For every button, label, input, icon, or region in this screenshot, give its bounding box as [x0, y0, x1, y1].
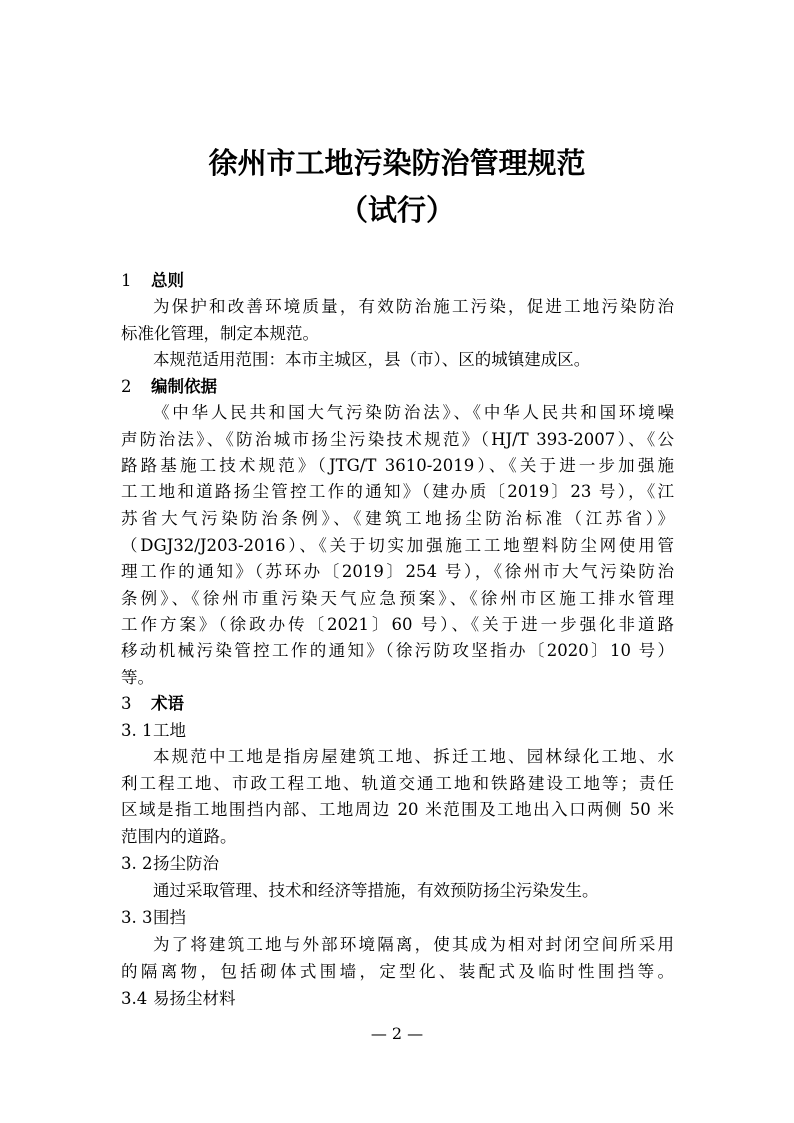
subsection-heading: 3. 2扬尘防治 — [121, 854, 674, 874]
document-subtitle: （试行） — [0, 188, 794, 229]
heading-number: 1 — [121, 271, 151, 291]
paragraph-line: 声防治法》、《防治城市扬尘污染技术规范》（HJ/T 393-2007）、《公 — [121, 430, 674, 450]
heading-number: 3 — [121, 694, 151, 714]
paragraph-line: 的隔离物，包括砌体式围墙，定型化、装配式及临时性围挡等。 — [121, 962, 674, 982]
heading-text: 扬尘防治 — [153, 854, 219, 873]
paragraph-line: 等。 — [121, 668, 674, 688]
paragraph-line: 苏省大气污染防治条例》、《建筑工地扬尘防治标准（江苏省）》 — [121, 509, 674, 529]
heading-number: 3. 2 — [121, 854, 153, 874]
paragraph-line: 移动机械污染管控工作的通知》（徐污防攻坚指办〔2020〕10 号） — [121, 641, 674, 661]
subsection-heading: 3. 3围挡 — [121, 908, 674, 928]
section-heading: 2编制依据 — [121, 377, 674, 397]
paragraph-line: 为保护和改善环境质量，有效防治施工污染，促进工地污染防治 — [153, 297, 674, 317]
section-heading: 3术语 — [121, 694, 674, 714]
heading-text: 总则 — [151, 271, 184, 290]
paragraph-line: 通过采取管理、技术和经济等措施，有效预防扬尘污染发生。 — [153, 881, 674, 901]
heading-text: 工地 — [153, 721, 186, 740]
paragraph-line: （DGJ32/J203-2016）、《关于切实加强施工工地塑料防尘网使用管 — [121, 536, 674, 556]
paragraph-line: 标准化管理，制定本规范。 — [121, 324, 674, 344]
section-heading: 1总则 — [121, 271, 674, 291]
document-title: 徐州市工地污染防治管理规范 — [0, 141, 794, 182]
paragraph-line: 范围内的道路。 — [121, 827, 674, 847]
subsection-heading: 3.4易扬尘材料 — [121, 989, 674, 1009]
heading-text: 编制依据 — [151, 377, 217, 396]
heading-number: 3. 1 — [121, 721, 153, 741]
page-number: — 2 — — [0, 1024, 794, 1043]
heading-text: 围挡 — [153, 908, 186, 927]
paragraph-line: 工工地和道路扬尘管控工作的通知》（建办质〔2019〕23 号），《江 — [121, 482, 674, 502]
paragraph-line: 路路基施工技术规范》（JTG/T 3610-2019）、《关于进一步加强施 — [121, 456, 674, 476]
heading-number: 2 — [121, 377, 151, 397]
paragraph-line: 区域是指工地围挡内部、工地周边 20 米范围及工地出入口两侧 50 米 — [121, 800, 674, 820]
heading-number: 3. 3 — [121, 908, 153, 928]
heading-text: 术语 — [151, 694, 184, 713]
paragraph-line: 工作方案》（徐政办传〔2021〕60 号）、《关于进一步强化非道路 — [121, 615, 674, 635]
paragraph-line: 本规范适用范围：本市主城区，县（市）、区的城镇建成区。 — [153, 350, 674, 370]
paragraph-line: 本规范中工地是指房屋建筑工地、拆迁工地、园林绿化工地、水 — [153, 747, 674, 767]
heading-text: 易扬尘材料 — [153, 989, 236, 1008]
paragraph-line: 利工程工地、市政工程工地、轨道交通工地和铁路建设工地等；责任 — [121, 774, 674, 794]
paragraph-line: 条例》、《徐州市重污染天气应急预案》、《徐州市区施工排水管理 — [121, 589, 674, 609]
paragraph-line: 《中华人民共和国大气污染防治法》、《中华人民共和国环境噪 — [153, 403, 674, 423]
heading-number: 3.4 — [121, 989, 153, 1009]
subsection-heading: 3. 1工地 — [121, 721, 674, 741]
paragraph-line: 为了将建筑工地与外部环境隔离，使其成为相对封闭空间所采用 — [153, 935, 674, 955]
paragraph-line: 理工作的通知》（苏环办〔2019〕254 号），《徐州市大气污染防治 — [121, 562, 674, 582]
